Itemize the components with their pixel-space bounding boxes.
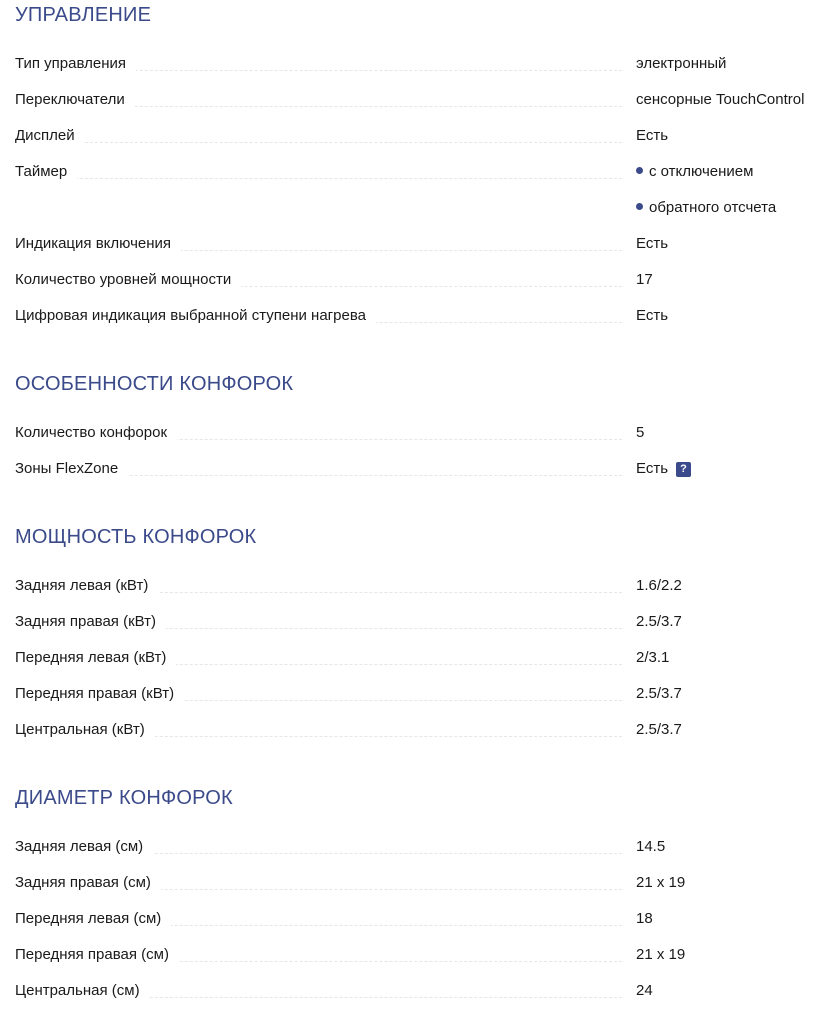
spec-row: Передняя левая (кВт) 2/3.1 — [15, 648, 819, 684]
spec-row: Передняя правая (кВт) 2.5/3.7 — [15, 684, 819, 720]
spec-label: Передняя правая (см) — [15, 945, 179, 965]
spec-label: Дисплей — [15, 126, 85, 146]
spec-value: 1.6/2.2 — [636, 576, 682, 596]
leader-dots — [15, 178, 622, 179]
spec-row: Передняя правая (см) 21 x 19 — [15, 945, 819, 981]
spec-value: 24 — [636, 981, 653, 1001]
leader-dots — [15, 142, 622, 143]
spec-label: Задняя правая (см) — [15, 873, 161, 893]
spec-value: 2.5/3.7 — [636, 720, 682, 740]
spec-value: 21 x 19 — [636, 873, 685, 893]
spec-row: Задняя левая (кВт) 1.6/2.2 — [15, 576, 819, 612]
spec-value: 2.5/3.7 — [636, 684, 682, 704]
spec-label: Передняя левая (кВт) — [15, 648, 176, 668]
spec-label: Количество конфорок — [15, 423, 177, 443]
spec-label: Таймер — [15, 162, 77, 182]
spec-row-timer: Таймер с отключением обратного отсчета — [15, 162, 819, 234]
spec-label: Цифровая индикация выбранной ступени наг… — [15, 306, 376, 326]
spec-row: Задняя левая (см) 14.5 — [15, 837, 819, 873]
spec-value: 21 x 19 — [636, 945, 685, 965]
spec-label: Задняя левая (кВт) — [15, 576, 158, 596]
spec-label: Центральная (кВт) — [15, 720, 155, 740]
spec-value: электронный — [636, 54, 726, 74]
spec-value: 14.5 — [636, 837, 665, 857]
spec-value: Есть — [636, 126, 668, 146]
spec-value: сенсорные TouchControl — [636, 90, 804, 110]
spec-row: Цифровая индикация выбранной ступени наг… — [15, 306, 819, 342]
spec-label: Передняя левая (см) — [15, 909, 171, 929]
spec-row: Передняя левая (см) 18 — [15, 909, 819, 945]
spec-row: Количество конфорок 5 — [15, 423, 819, 459]
spec-value: Есть? — [636, 459, 691, 479]
spec-value: 2.5/3.7 — [636, 612, 682, 632]
spec-label: Тип управления — [15, 54, 136, 74]
spec-value: Есть — [636, 306, 668, 326]
spec-value: Есть — [636, 234, 668, 254]
section-title-diameter: ДИАМЕТР КОНФОРОК — [15, 784, 233, 812]
spec-label: Задняя левая (см) — [15, 837, 153, 857]
help-icon[interactable]: ? — [676, 462, 691, 477]
section-title-power: МОЩНОСТЬ КОНФОРОК — [15, 523, 256, 551]
spec-row: Дисплей Есть — [15, 126, 819, 162]
spec-row: Задняя правая (кВт) 2.5/3.7 — [15, 612, 819, 648]
spec-label: Зоны FlexZone — [15, 459, 128, 479]
section-title-control: УПРАВЛЕНИЕ — [15, 1, 151, 29]
spec-row: Индикация включения Есть — [15, 234, 819, 270]
spec-value-bullet: обратного отсчета — [636, 198, 776, 218]
spec-row: Зоны FlexZone Есть? — [15, 459, 819, 495]
section-title-features: ОСОБЕННОСТИ КОНФОРОК — [15, 370, 293, 398]
spec-row: Центральная (см) 24 — [15, 981, 819, 1017]
spec-row: Переключатели сенсорные TouchControl — [15, 90, 819, 126]
spec-label: Передняя правая (кВт) — [15, 684, 184, 704]
spec-label: Задняя правая (кВт) — [15, 612, 166, 632]
spec-label: Индикация включения — [15, 234, 181, 254]
spec-label: Центральная (см) — [15, 981, 150, 1001]
spec-row: Центральная (кВт) 2.5/3.7 — [15, 720, 819, 756]
spec-value: 2/3.1 — [636, 648, 669, 668]
spec-value: 18 — [636, 909, 653, 929]
spec-value-bullet: с отключением — [636, 162, 753, 182]
spec-label: Переключатели — [15, 90, 135, 110]
bullet-icon — [636, 203, 643, 210]
spec-label: Количество уровней мощности — [15, 270, 241, 290]
spec-value: 5 — [636, 423, 644, 443]
bullet-icon — [636, 167, 643, 174]
spec-row: Количество уровней мощности 17 — [15, 270, 819, 306]
spec-row: Тип управления электронный — [15, 54, 819, 90]
spec-row: Задняя правая (см) 21 x 19 — [15, 873, 819, 909]
spec-value: 17 — [636, 270, 653, 290]
